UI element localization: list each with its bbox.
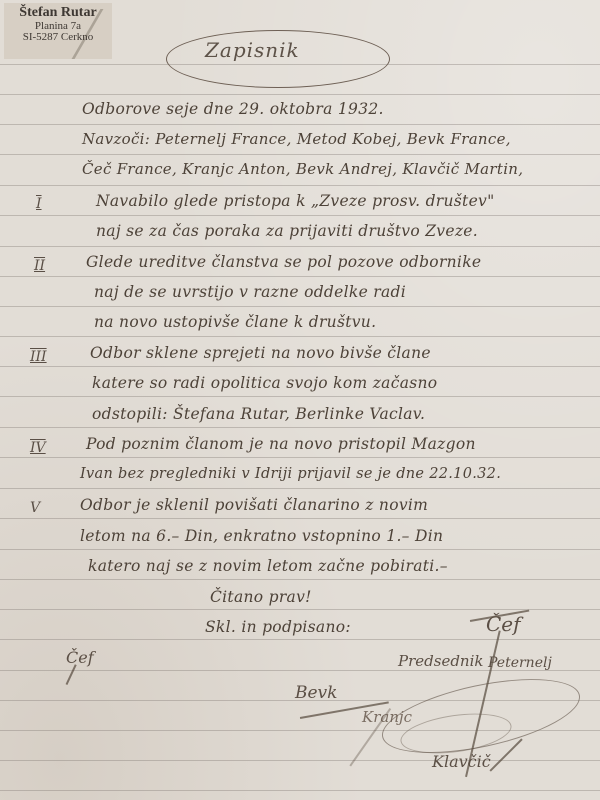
item-numeral-2: II — [34, 258, 45, 274]
item-5-line-1: Odbor je sklenil povišati članarino z no… — [80, 496, 428, 514]
ruled-line — [0, 579, 600, 580]
ruled-line — [0, 518, 600, 519]
item-numeral-1: I — [36, 196, 42, 212]
item-3-line-3: odstopili: Štefana Rutar, Berlinke Vacla… — [92, 405, 425, 423]
signature-president-label: Predsednik — [398, 652, 483, 670]
signature-last: Klavčič — [432, 752, 491, 771]
item-5-line-3: katero naj se z novim letom začne pobira… — [88, 557, 448, 575]
ruled-line — [0, 185, 600, 186]
margin-initials-tail — [66, 664, 77, 685]
attendees-line-1: Navzoči: Peternelj France, Metod Kobej, … — [82, 130, 511, 148]
ruled-line — [0, 154, 600, 155]
item-numeral-3: III — [30, 349, 47, 365]
ruled-line — [0, 488, 600, 489]
meeting-date-line: Odborove seje dne 29. oktobra 1932. — [82, 100, 384, 118]
item-2-line-1: Glede ureditve članstva se pol pozove od… — [86, 253, 481, 271]
ruled-line — [0, 549, 600, 550]
ruled-line — [0, 94, 600, 95]
ruled-line — [0, 790, 600, 791]
item-1-line-1: Navabilo glede pristopa k „Zveze prosv. … — [96, 192, 495, 210]
closing-line: Skl. in podpisano: — [205, 618, 351, 636]
ruled-line — [0, 639, 600, 640]
ruled-line — [0, 609, 600, 610]
item-2-line-2: naj de se uvrstijo v razne oddelke radi — [94, 283, 406, 301]
ruled-line — [0, 366, 600, 367]
item-2-line-3: na novo ustopivše člane k društvu. — [94, 313, 376, 331]
archive-stamp: Štefan Rutar Planina 7a SI-5287 Cerkno — [4, 3, 112, 59]
ruled-line — [0, 306, 600, 307]
item-4-line-1: Pod poznim članom je na novo pristopil M… — [86, 435, 476, 453]
ruled-line — [0, 396, 600, 397]
document-page: Štefan Rutar Planina 7a SI-5287 Cerkno Z… — [0, 0, 600, 800]
item-3-line-1: Odbor sklene sprejeti na novo bivše član… — [90, 344, 431, 362]
ruled-line — [0, 246, 600, 247]
signature-secretary: Bevk — [295, 683, 337, 703]
ruled-line — [0, 457, 600, 458]
item-3-line-2: katere so radi opolitica svojo kom začas… — [92, 374, 437, 392]
ruled-line — [0, 336, 600, 337]
item-1-line-2: naj se za čas poraka za prijaviti društv… — [96, 222, 478, 240]
item-numeral-5: V — [30, 500, 40, 516]
attendees-line-2: Čeč France, Kranjc Anton, Bevk Andrej, K… — [82, 160, 523, 178]
item-4-line-2: Ivan bez pregledniki v Idriji prijavil s… — [80, 466, 501, 482]
ruled-line — [0, 215, 600, 216]
ruled-line — [0, 427, 600, 428]
ruled-line — [0, 124, 600, 125]
item-numeral-4: IV — [30, 440, 46, 456]
margin-initials: Čef — [66, 648, 94, 667]
read-approved-line: Čitano prav! — [210, 588, 312, 606]
signature-president: Peternelj — [488, 655, 552, 671]
document-title: Zapisnik — [205, 38, 300, 62]
ruled-line — [0, 276, 600, 277]
item-5-line-2: letom na 6.– Din, enkratno vstopnino 1.–… — [80, 527, 443, 545]
ruled-line — [0, 760, 600, 761]
